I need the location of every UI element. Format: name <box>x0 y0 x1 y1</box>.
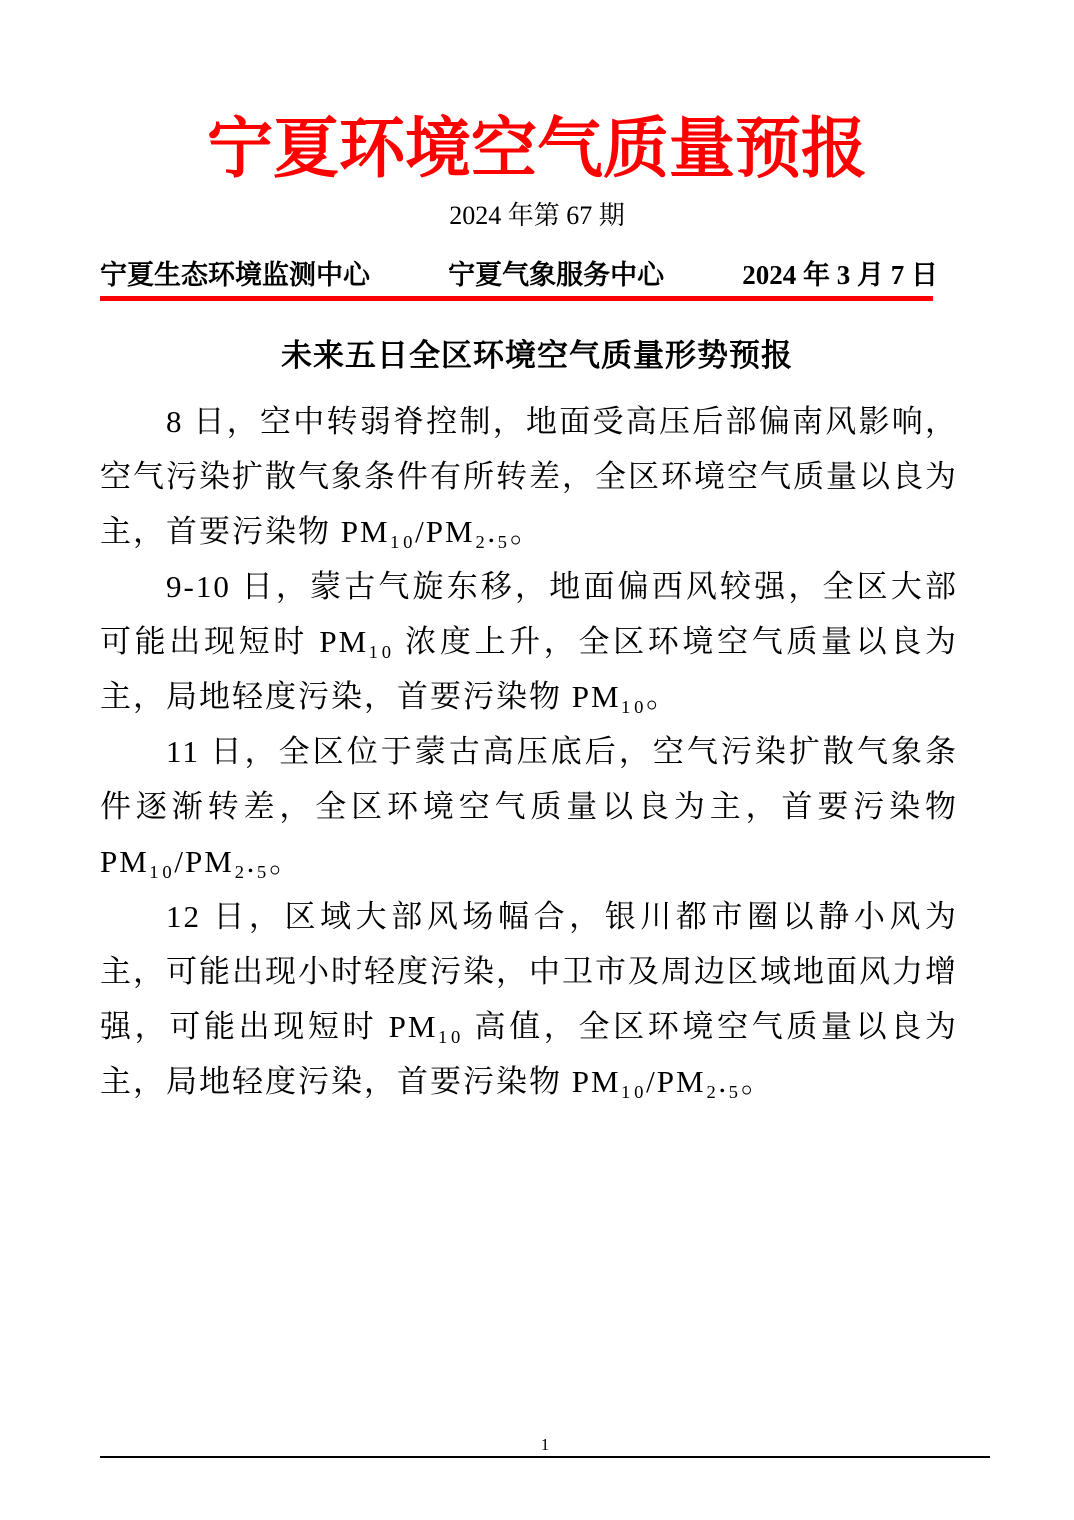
agency-meteorological-center: 宁夏气象服务中心 <box>448 259 664 291</box>
issue-date: 2024 年 3 月 7 日 <box>742 259 974 291</box>
issue-number: 2024 年第 67 期 <box>100 200 974 231</box>
forecast-paragraph-day8: 8 日，空中转弱脊控制，地面受高压后部偏南风影响，空气污染扩散气象条件有所转差，… <box>100 394 958 559</box>
page-footer: 1 <box>100 1436 990 1458</box>
footer-rule <box>100 1456 990 1458</box>
page-number: 1 <box>100 1436 990 1456</box>
document-title: 宁夏环境空气质量预报 <box>100 112 974 188</box>
agency-monitoring-center: 宁夏生态环境监测中心 <box>100 259 370 291</box>
section-heading: 未来五日全区环境空气质量形势预报 <box>100 337 974 376</box>
forecast-paragraph-day12: 12 日，区域大部风场幅合，银川都市圈以静小风为主，可能出现小时轻度污染，中卫市… <box>100 889 958 1109</box>
forecast-paragraph-day11: 11 日，全区位于蒙古高压底后，空气污染扩散气象条件逐渐转差，全区环境空气质量以… <box>100 724 958 889</box>
agency-row: 宁夏生态环境监测中心 宁夏气象服务中心 2024 年 3 月 7 日 <box>100 259 974 291</box>
document-page: 宁夏环境空气质量预报 2024 年第 67 期 宁夏生态环境监测中心 宁夏气象服… <box>0 0 1074 1520</box>
forecast-body: 8 日，空中转弱脊控制，地面受高压后部偏南风影响，空气污染扩散气象条件有所转差，… <box>100 394 958 1109</box>
red-divider-rule <box>100 296 933 301</box>
forecast-paragraph-day9-10: 9-10 日，蒙古气旋东移，地面偏西风较强，全区大部可能出现短时 PM₁₀ 浓度… <box>100 559 958 724</box>
